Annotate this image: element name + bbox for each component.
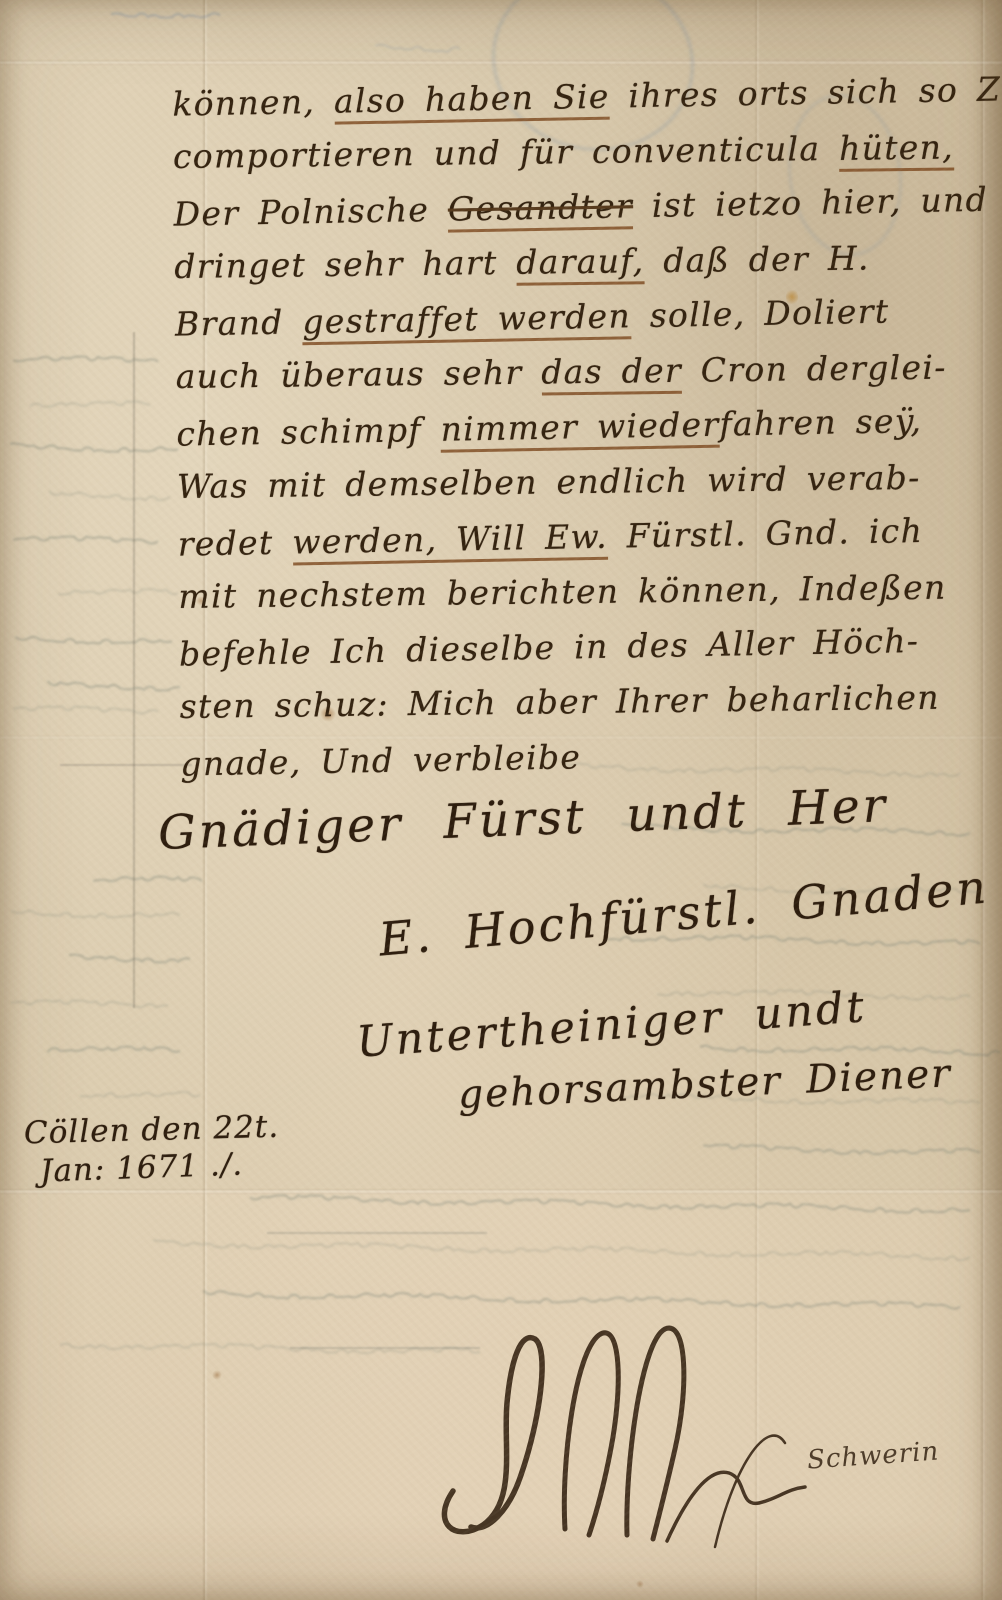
- show-through-writing: [8, 995, 168, 1018]
- manuscript-letter-page: können, also haben Sie ihres orts sich s…: [0, 0, 1002, 1600]
- show-through-writing: [370, 39, 460, 61]
- show-through-writing: [250, 1190, 970, 1223]
- show-through-writing: [58, 583, 178, 605]
- show-through-writing: [8, 701, 158, 724]
- signature-flourish: Schwerin: [415, 1295, 995, 1575]
- show-through-writing: [110, 5, 220, 27]
- closing-salutation: Gnädiger Fürst undt Her: [157, 778, 889, 861]
- show-through-writing: [10, 439, 178, 462]
- pencil-line: [133, 332, 135, 1008]
- stain-spot: [636, 1580, 644, 1588]
- show-through-rule: [267, 1232, 487, 1234]
- show-through-writing: [10, 905, 180, 928]
- show-through-writing: [700, 1140, 980, 1165]
- show-through-writing: [40, 677, 180, 699]
- show-through-writing: [80, 1085, 200, 1107]
- show-through-writing: [40, 487, 170, 509]
- show-through-writing: [8, 351, 158, 374]
- pencil-line: [60, 764, 192, 766]
- show-through-writing: [6, 531, 158, 554]
- dateline-date: Jan: 1671 ./.: [39, 1146, 243, 1189]
- show-through-writing: [150, 1235, 970, 1269]
- letter-body: können, also haben Sie ihres orts sich s…: [172, 63, 1002, 789]
- signature-loops: [415, 1295, 995, 1575]
- show-through-writing: [60, 949, 190, 971]
- show-through-writing: [12, 631, 172, 654]
- show-through-writing: [90, 871, 202, 893]
- dateline-place: Cöllen den 22t.: [24, 1109, 280, 1152]
- show-through-writing: [40, 1041, 180, 1063]
- stain-spot: [212, 1370, 222, 1380]
